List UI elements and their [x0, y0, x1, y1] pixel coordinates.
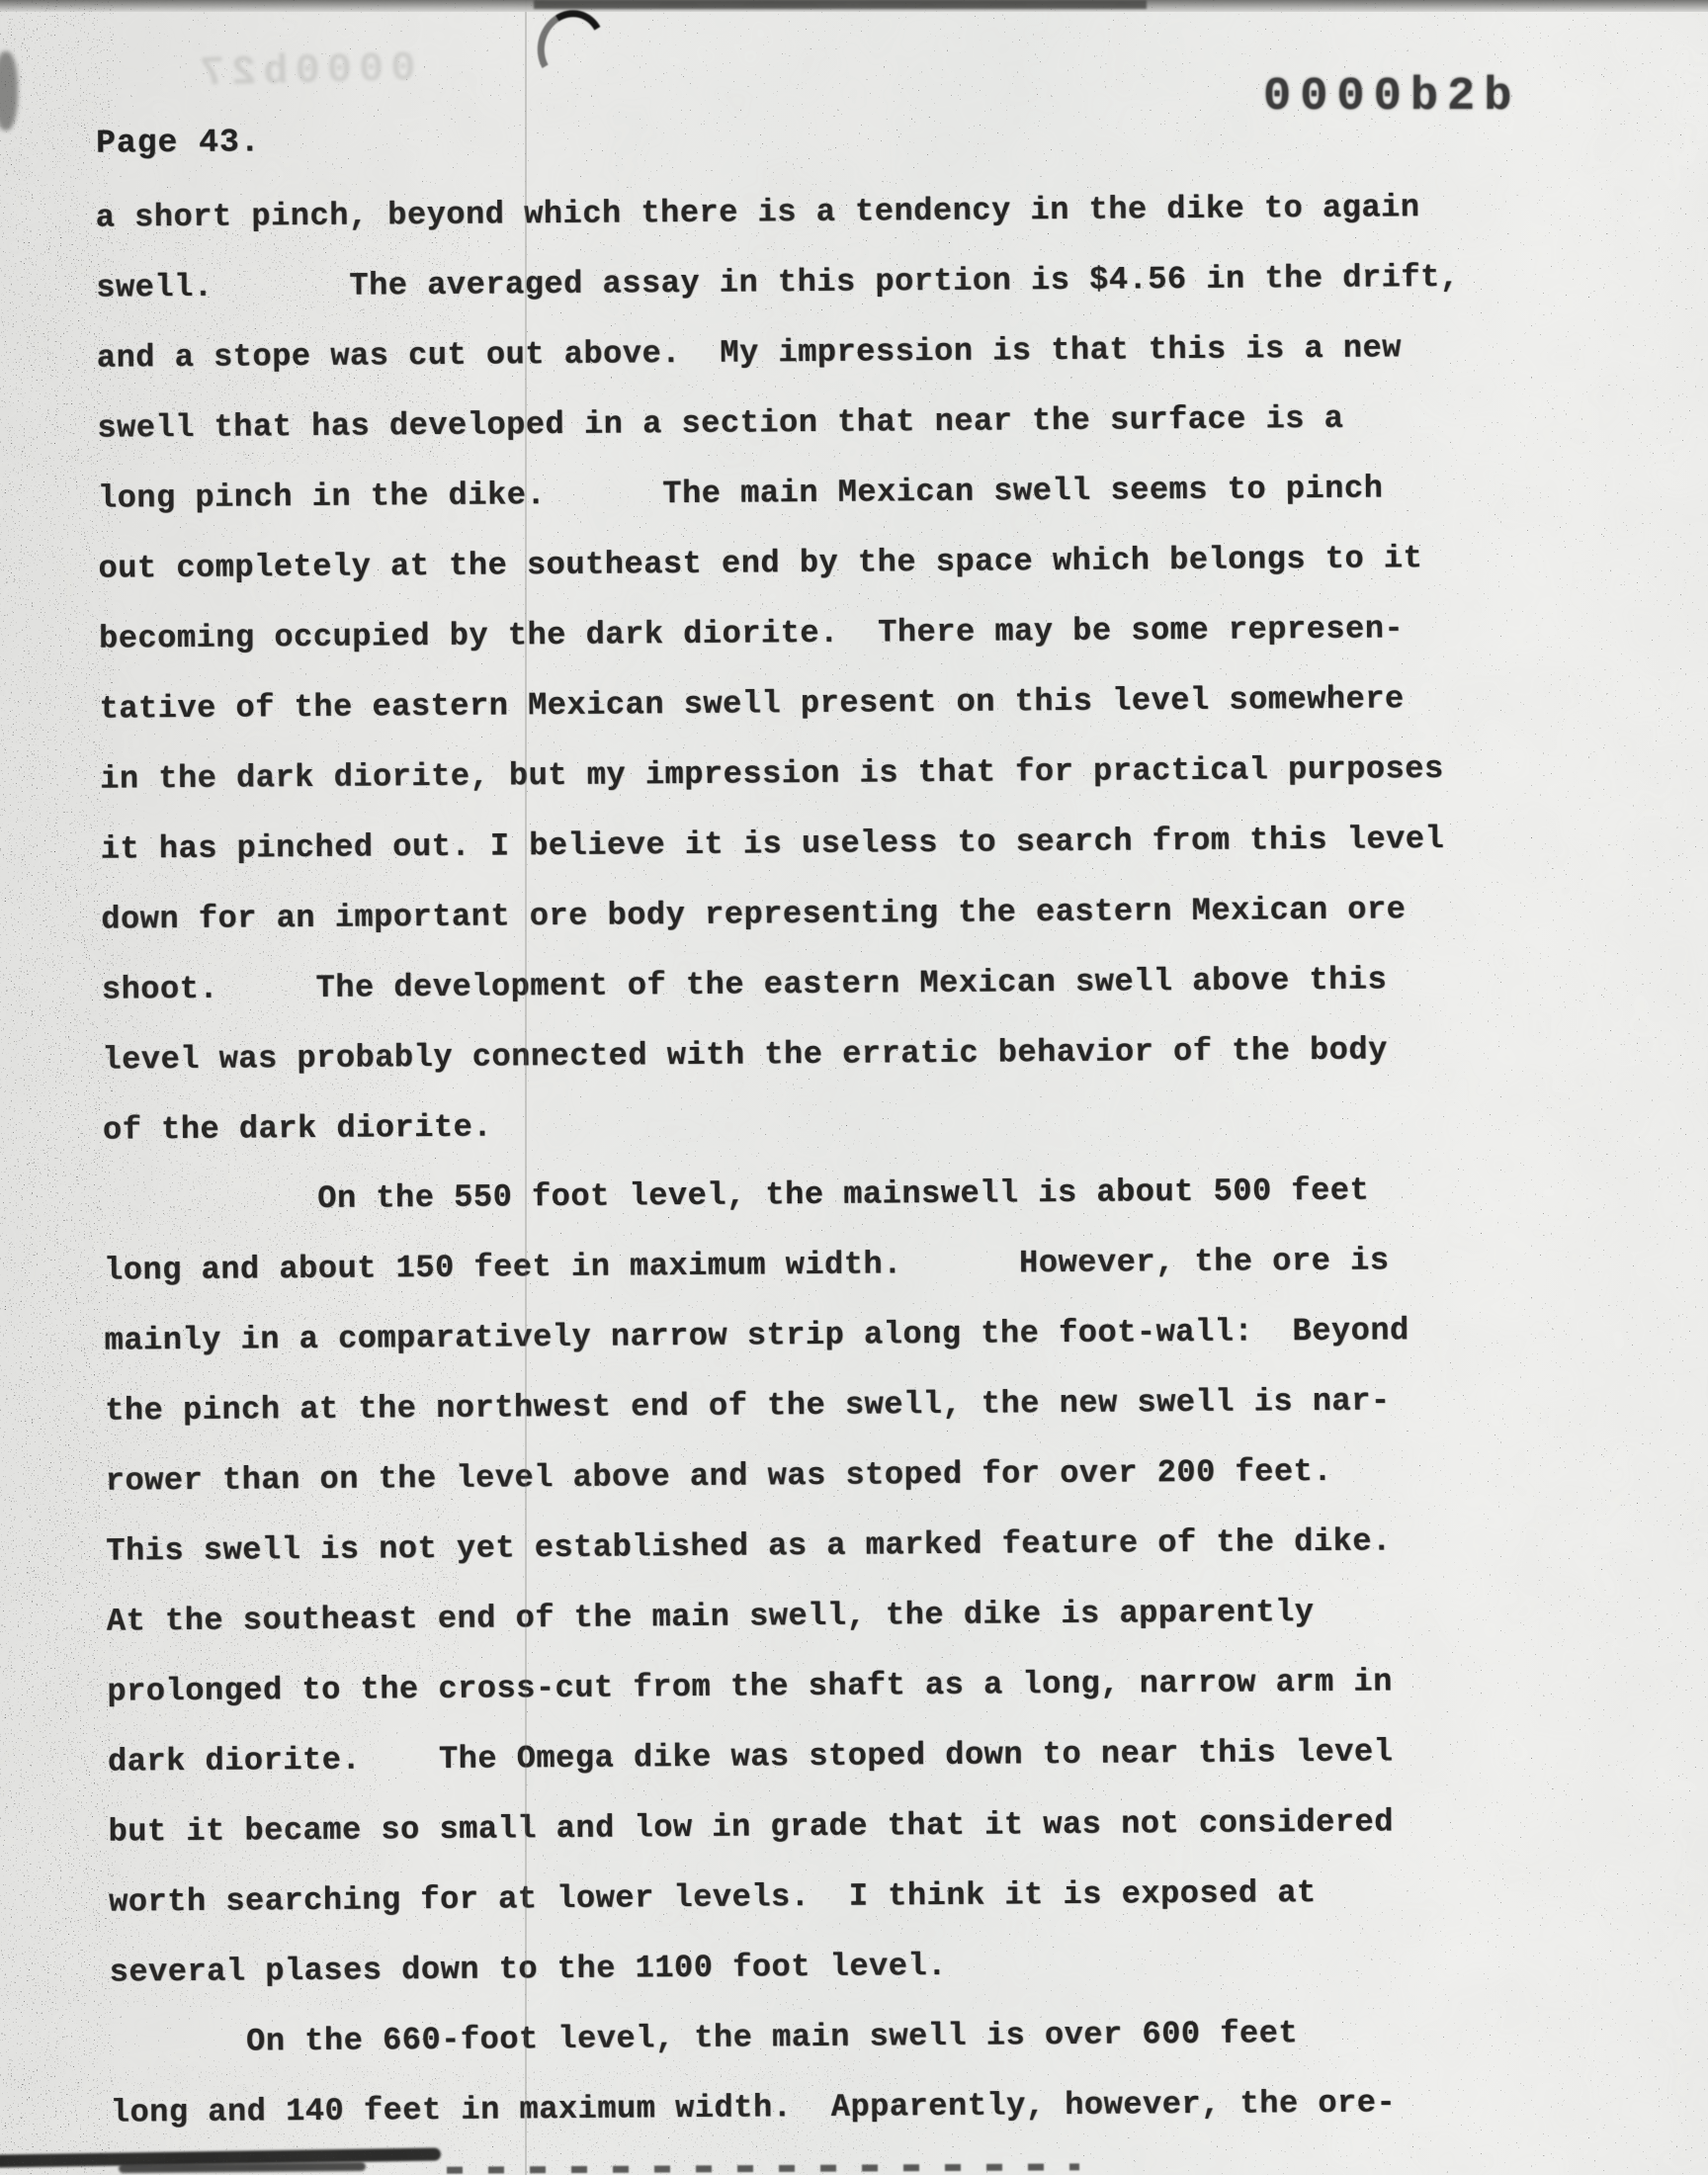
text-line: swell that has developed in a section th…	[97, 381, 1640, 463]
paragraph: a short pinch, beyond which there is a t…	[95, 170, 1645, 1165]
text-line: mainly in a comparatively narrow strip a…	[104, 1293, 1647, 1375]
paragraph: On the 660-foot level, the main swell is…	[110, 1995, 1653, 2147]
text-line: prolonged to the cross-cut from the shaf…	[107, 1644, 1650, 1726]
text-line: worth searching for at lower levels. I t…	[109, 1855, 1652, 1937]
text-line: On the 550 foot level, the mainswell is …	[103, 1153, 1646, 1235]
page-number-label: Page 43.	[96, 124, 261, 161]
text-line: the pinch at the northwest end of the sw…	[105, 1363, 1648, 1445]
scanned-page: 0000b27 Page 43. a short pinch, beyond w…	[0, 0, 1708, 2175]
text-line: On the 660-foot level, the main swell is…	[110, 1995, 1653, 2077]
text-line: At the southeast end of the main swell, …	[107, 1574, 1650, 1656]
text-line: long pinch in the dike. The main Mexican…	[98, 451, 1641, 533]
text-line: down for an important ore body represent…	[101, 872, 1644, 954]
paragraph: On the 550 foot level, the mainswell is …	[103, 1153, 1652, 2007]
text-line: long and about 150 feet in maximum width…	[104, 1223, 1647, 1305]
scan-top-edge-dark-segment	[534, 0, 1147, 9]
text-line: tative of the eastern Mexican swell pres…	[99, 661, 1642, 743]
text-line: becoming occupied by the dark diorite. T…	[99, 591, 1642, 673]
text-line: out completely at the southeast end by t…	[98, 521, 1641, 603]
text-line: and a stope was cut out above. My impres…	[97, 310, 1640, 392]
text-line: swell. The averaged assay in this portio…	[96, 240, 1639, 322]
page-content: Page 43. a short pinch, beyond which the…	[0, 0, 1708, 2175]
text-line: dark diorite. The Omega dike was stoped …	[108, 1714, 1651, 1796]
text-line: several plases down to the 1100 foot lev…	[109, 1925, 1652, 2007]
text-line: it has pinched out. I believe it is usel…	[100, 802, 1643, 884]
text-line: rower than on the level above and was st…	[105, 1434, 1648, 1516]
text-line: but it became so small and low in grade …	[108, 1784, 1651, 1867]
text-line: shoot. The development of the eastern Me…	[102, 942, 1645, 1024]
text-line: of the dark diorite.	[103, 1083, 1646, 1165]
document-body: a short pinch, beyond which there is a t…	[95, 170, 1653, 2147]
text-line: This swell is not yet established as a m…	[106, 1504, 1649, 1586]
vertical-crease-line	[525, 0, 527, 2175]
document-number-stamp: 0000b2b	[1263, 71, 1520, 124]
text-line: in the dark diorite, but my impression i…	[100, 732, 1643, 814]
text-line: level was probably connected with the er…	[102, 1012, 1645, 1094]
text-line: long and 140 feet in maximum width. Appa…	[110, 2065, 1653, 2147]
text-line: a short pinch, beyond which there is a t…	[95, 170, 1638, 252]
